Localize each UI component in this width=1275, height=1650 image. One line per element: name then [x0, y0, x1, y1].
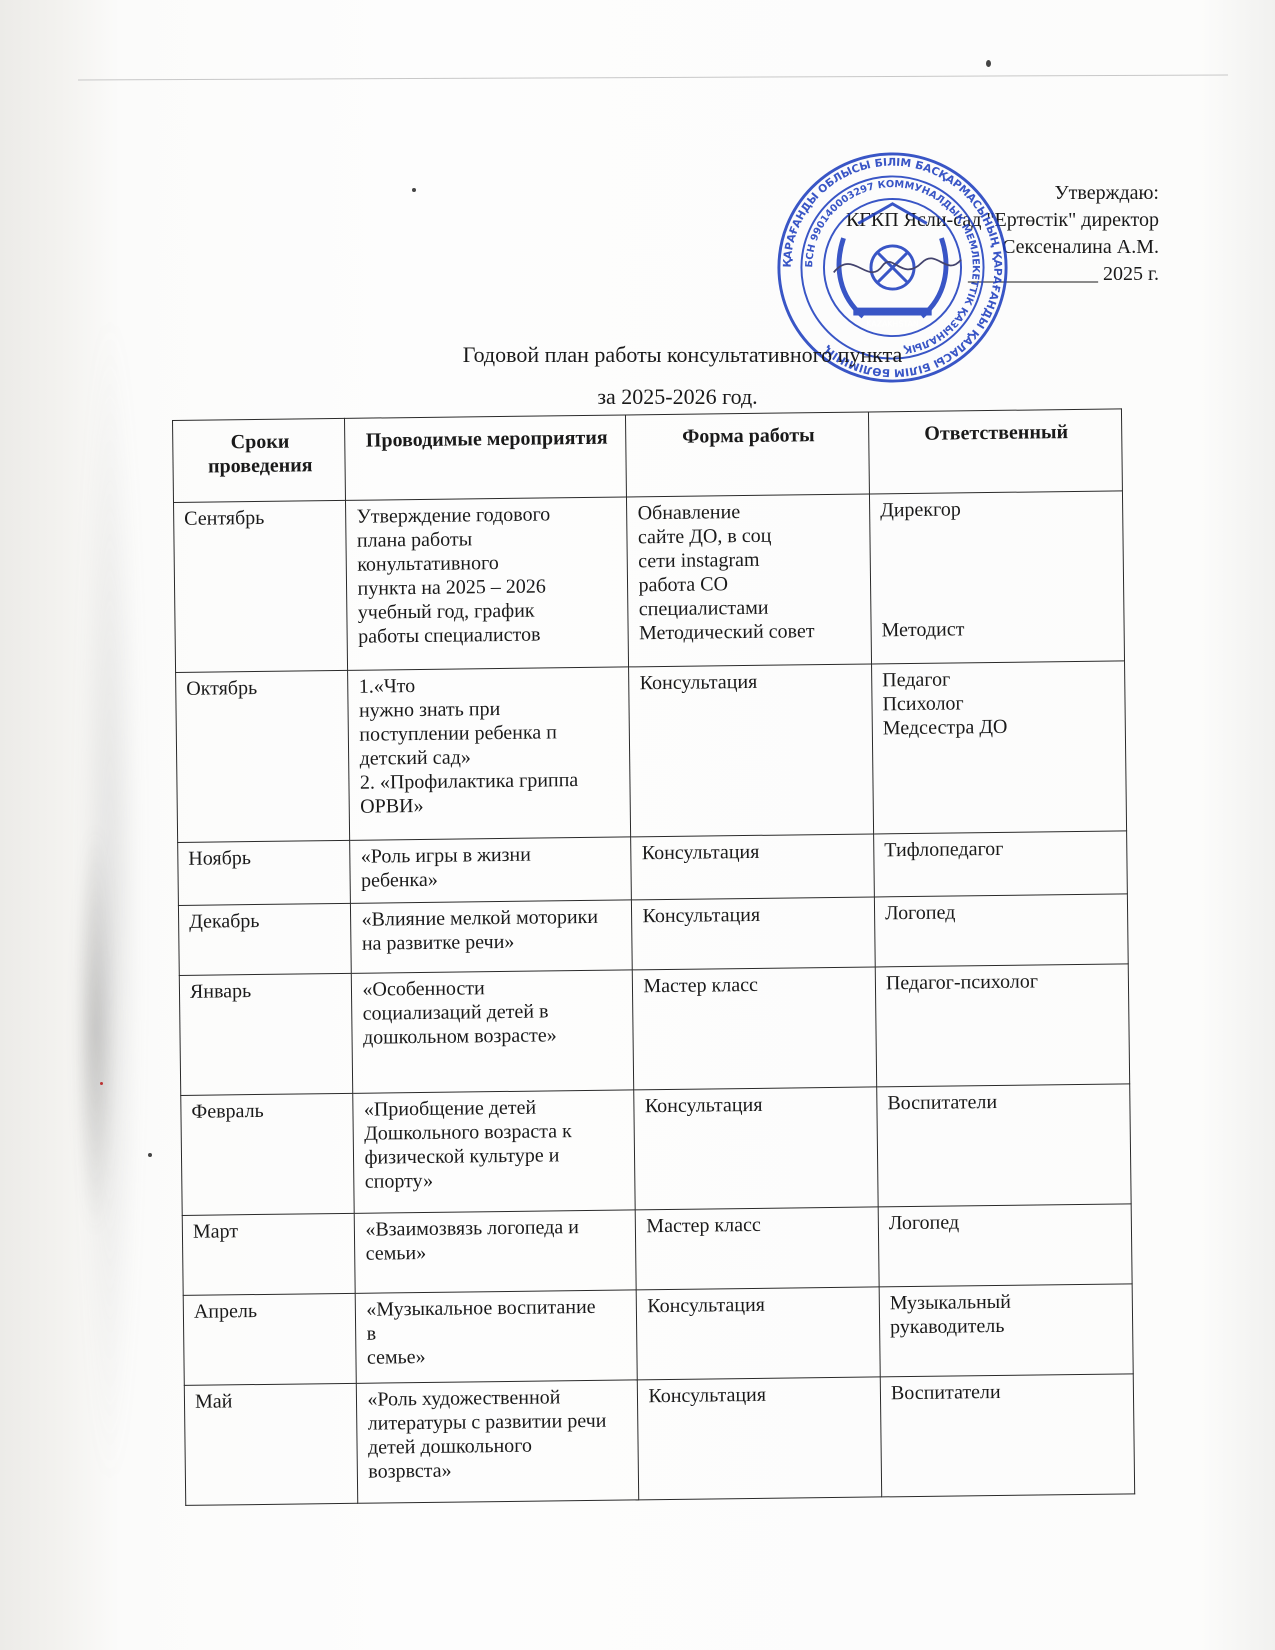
cell-responsible: Педагог Психолог Медсестра ДО [872, 661, 1127, 834]
cell-event: «Роль игры в жизни ребенка» [350, 837, 632, 903]
cell-month: Январь [179, 973, 353, 1095]
table-row: Ноябрь«Роль игры в жизни ребенка»Консуль… [178, 831, 1128, 906]
cell-work-form: Консультация [632, 897, 875, 970]
header-work-form: Форма работы [626, 412, 869, 497]
cell-month: Ноябрь [178, 840, 351, 905]
header-events: Проводимые мероприятия [345, 415, 627, 500]
cell-responsible: Воспитатели [880, 1374, 1134, 1497]
table-row: СентябрьУтверждение годового плана работ… [174, 491, 1125, 673]
cell-work-form: Обнавление сайте ДО, в соц сети instagra… [627, 494, 872, 667]
annual-plan-table: Сроки проведения Проводимые мероприятия … [172, 408, 1135, 1506]
scan-speck [100, 1082, 103, 1085]
cell-event: 1.«Что нужно знать при поступлении ребен… [348, 667, 631, 840]
table-row: Февраль«Приобщение детей Дошкольного воз… [181, 1084, 1131, 1216]
table-row: Май«Роль художественной литературы с раз… [184, 1374, 1134, 1506]
cell-event: «Роль художественной литературы с развит… [357, 1380, 639, 1503]
table-row: Октябрь1.«Что нужно знать при поступлени… [176, 661, 1127, 843]
scan-speck [986, 60, 991, 67]
cell-event: Утверждение годового плана работы конуль… [346, 497, 629, 670]
cell-work-form: Консультация [638, 1377, 882, 1500]
table-row: Март«Взаимозвязь логопеда и семьи»Мастер… [182, 1204, 1132, 1296]
cell-work-form: Консультация [634, 1087, 878, 1210]
svg-text:KAZAKHSTAN: KAZAKHSTAN [866, 319, 919, 328]
cell-event: «Взаимозвязь логопеда и семьи» [355, 1210, 637, 1293]
cell-responsible: Логопед [878, 1204, 1132, 1287]
cell-month: Март [182, 1213, 355, 1295]
scan-smudge [75, 820, 115, 1240]
scan-speck [148, 1153, 152, 1157]
cell-month: Май [184, 1383, 358, 1505]
cell-work-form: Консультация [637, 1287, 881, 1380]
cell-month: Сентябрь [174, 500, 349, 672]
cell-responsible: Музыкальный рукаводитель [879, 1284, 1133, 1377]
header-responsible: Ответственный [868, 409, 1122, 494]
table-row: Апрель«Музыкальное воспитание в семье»Ко… [183, 1284, 1133, 1386]
table-row: Январь«Особенности социализаций детей в … [179, 964, 1129, 1096]
cell-work-form: Консультация [629, 664, 874, 837]
cell-event: «Приобщение детей Дошкольного возраста к… [353, 1090, 635, 1213]
cell-month: Февраль [181, 1093, 355, 1215]
cell-event: «Музыкальное воспитание в семье» [356, 1290, 638, 1383]
cell-responsible: Тифлопедагог [874, 831, 1128, 897]
header-dates: Сроки проведения [173, 418, 346, 502]
document-title: Годовой план работы консультативного пун… [45, 342, 1275, 368]
cell-month: Апрель [183, 1293, 357, 1385]
cell-responsible: Воспитатели [877, 1084, 1131, 1207]
scan-speck [412, 188, 416, 192]
cell-work-form: Мастер класс [636, 1207, 879, 1290]
cell-responsible: Логопед [874, 894, 1128, 967]
cell-month: Декабрь [178, 903, 351, 975]
cell-event: «Особенности социализаций детей в дошкол… [352, 970, 634, 1093]
page-edge-line [78, 74, 1228, 80]
cell-event: «Влияние мелкой моторики на развитке реч… [351, 900, 633, 973]
cell-work-form: Мастер класс [633, 967, 877, 1090]
table-header-row: Сроки проведения Проводимые мероприятия … [173, 409, 1123, 503]
table-row: Декабрь«Влияние мелкой моторики на разви… [178, 894, 1128, 976]
cell-work-form: Консультация [631, 834, 874, 900]
cell-month: Октябрь [176, 670, 351, 842]
document-subtitle: за 2025-2026 год. [40, 384, 1275, 410]
cell-responsible: Дирекгор Методист [869, 491, 1124, 664]
cell-responsible: Педагог-психолог [875, 964, 1129, 1087]
